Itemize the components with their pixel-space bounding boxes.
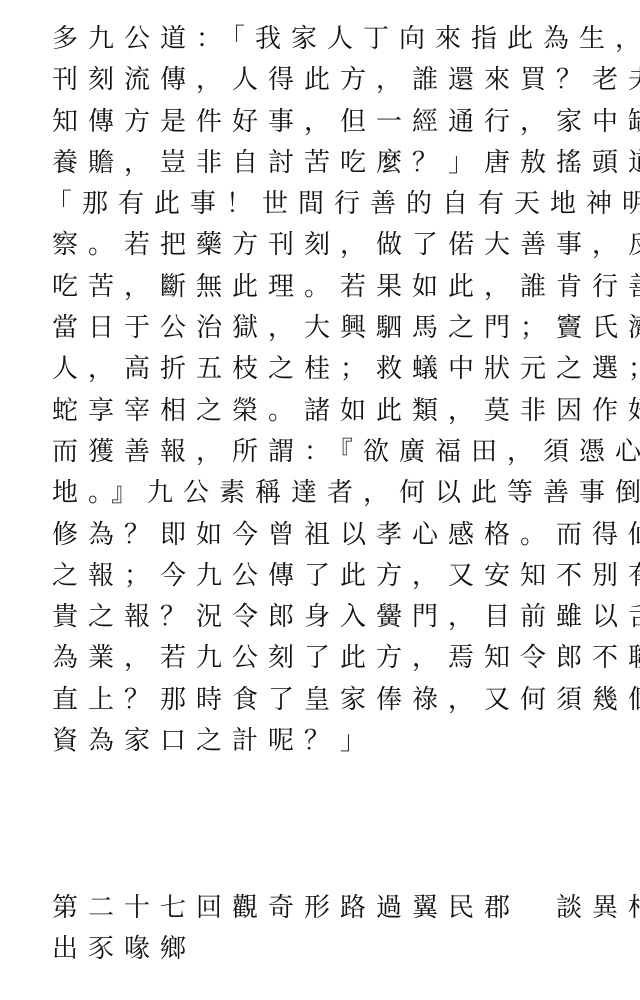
text-line: 貴之報？況令郎身入黌門，目前雖以舌耕	[52, 597, 572, 638]
text-line: 蛇享宰相之榮。諸如此類，莫非因作好事	[52, 391, 572, 432]
text-line: 之報；今九公傳了此方，又安知不別有富	[52, 556, 572, 597]
chapter-heading: 第二十七回觀奇形路過翼民郡 談異相道 出豕喙鄉	[52, 888, 572, 971]
text-line: 為業，若九公刻了此方，焉知令郎不聯捷	[52, 638, 572, 679]
chapter-heading-line: 第二十七回觀奇形路過翼民郡 談異相道	[52, 888, 572, 929]
text-line: 察。若把藥方刊刻，做了偌大善事，反要	[52, 225, 572, 266]
document-body: 多九公道：「我家人丁向來指此為生，若 刊刻流傳，人得此方，誰還來買？老夫原 知傳…	[52, 19, 572, 762]
text-line: 刊刻流傳，人得此方，誰還來買？老夫原	[52, 60, 572, 101]
text-line: 多九公道：「我家人丁向來指此為生，若	[52, 19, 572, 60]
text-line: 修為？即如今曾祖以孝心感格。而得仙方	[52, 515, 572, 556]
text-line: 直上？那時食了皇家俸祿，又何須幾個藥	[52, 680, 572, 721]
text-line: 「那有此事！世間行善的自有天地神明鑒	[46, 184, 572, 225]
text-line: 而獲善報，所謂：『欲廣福田，須憑心	[52, 432, 572, 473]
text-line: 人，高折五枝之桂；救蟻中狀元之選；埋	[52, 349, 572, 390]
text-line: 地。』九公素稱達者，何以此等善事倒不	[52, 473, 572, 514]
text-line: 吃苦，斷無此理。若果如此，誰肯行善？	[52, 267, 572, 308]
chapter-heading-line: 出豕喙鄉	[52, 929, 572, 970]
text-line: 養贍，豈非自討苦吃麼？」唐敖搖頭道：	[52, 143, 572, 184]
text-line: 知傳方是件好事，但一經通行，家中缺了	[52, 102, 572, 143]
text-line: 當日于公治獄，大興駟馬之門；竇氏濟	[52, 308, 572, 349]
text-line: 資為家口之計呢？」	[52, 721, 572, 762]
